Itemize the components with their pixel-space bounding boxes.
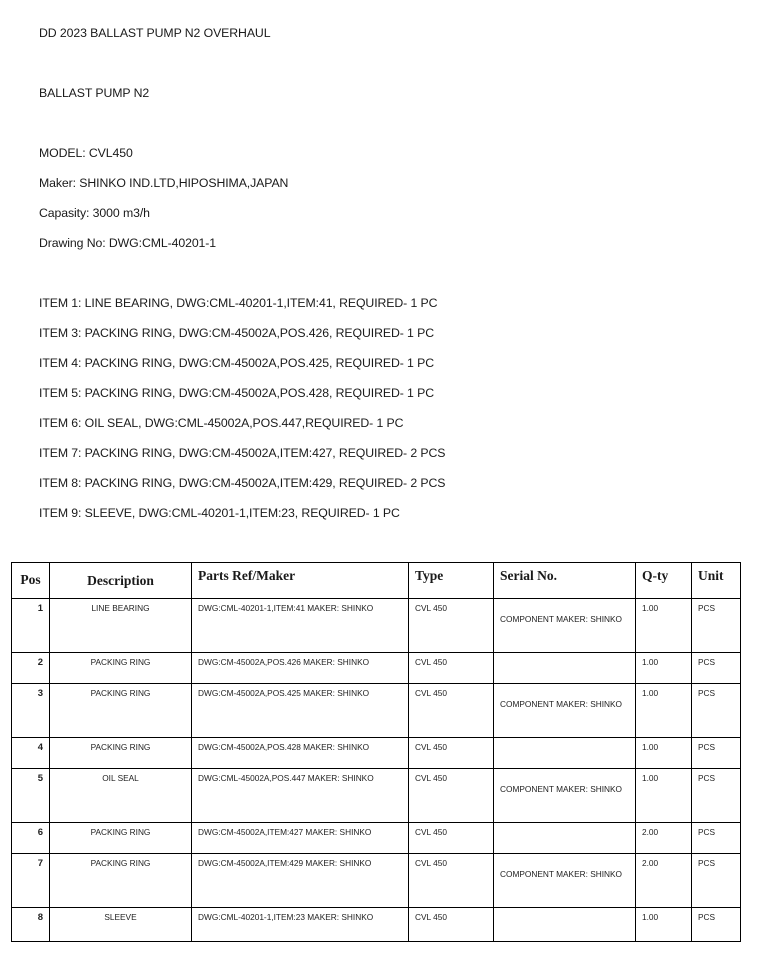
cell-qty: 1.00 [636,684,692,738]
table-row: 1LINE BEARINGDWG:CML-40201-1,ITEM:41 MAK… [12,599,741,653]
cell-unit: PCS [692,854,741,908]
cell-type: CVL 450 [409,599,494,653]
cell-description: PACKING RING [50,738,192,769]
cell-qty: 1.00 [636,738,692,769]
header-type: Type [409,563,494,599]
cell-pos: 2 [12,653,50,684]
cell-type: CVL 450 [409,908,494,942]
item-line: ITEM 5: PACKING RING, DWG:CM-45002A,POS.… [39,386,434,400]
table-header-row: Pos Description Parts Ref/Maker Type Ser… [12,563,741,599]
header-unit: Unit [692,563,741,599]
cell-unit: PCS [692,738,741,769]
cell-qty: 2.00 [636,854,692,908]
item-line: ITEM 6: OIL SEAL, DWG:CML-45002A,POS.447… [39,416,403,430]
item-line: ITEM 7: PACKING RING, DWG:CM-45002A,ITEM… [39,446,445,460]
cell-qty: 1.00 [636,769,692,823]
cell-unit: PCS [692,653,741,684]
table-row: 6PACKING RINGDWG:CM-45002A,ITEM:427 MAKE… [12,823,741,854]
cell-description: PACKING RING [50,823,192,854]
item-line: ITEM 8: PACKING RING, DWG:CM-45002A,ITEM… [39,476,445,490]
cell-pos: 3 [12,684,50,738]
cell-serial: COMPONENT MAKER: SHINKO [494,854,636,908]
cell-serial [494,823,636,854]
cell-pos: 4 [12,738,50,769]
cell-pos: 6 [12,823,50,854]
parts-table: Pos Description Parts Ref/Maker Type Ser… [11,562,741,942]
serial-text: COMPONENT MAKER: SHINKO [500,783,629,796]
header-parts-ref: Parts Ref/Maker [192,563,409,599]
item-line: ITEM 4: PACKING RING, DWG:CM-45002A,POS.… [39,356,434,370]
item-line: ITEM 9: SLEEVE, DWG:CML-40201-1,ITEM:23,… [39,506,400,520]
cell-parts-ref: DWG:CML-40201-1,ITEM:23 MAKER: SHINKO [192,908,409,942]
cell-type: CVL 450 [409,653,494,684]
cell-description: PACKING RING [50,854,192,908]
cell-type: CVL 450 [409,823,494,854]
cell-unit: PCS [692,684,741,738]
cell-parts-ref: DWG:CM-45002A,POS.428 MAKER: SHINKO [192,738,409,769]
cell-unit: PCS [692,769,741,823]
serial-text: COMPONENT MAKER: SHINKO [500,613,629,626]
cell-serial [494,738,636,769]
header-serial: Serial No. [494,563,636,599]
cell-description: LINE BEARING [50,599,192,653]
cell-parts-ref: DWG:CM-45002A,ITEM:429 MAKER: SHINKO [192,854,409,908]
drawing-line: Drawing No: DWG:CML-40201-1 [39,236,216,250]
serial-text: COMPONENT MAKER: SHINKO [500,868,629,881]
capacity-line: Capasity: 3000 m3/h [39,206,150,220]
cell-parts-ref: DWG:CM-45002A,POS.425 MAKER: SHINKO [192,684,409,738]
document-subtitle: BALLAST PUMP N2 [39,86,149,100]
cell-type: CVL 450 [409,738,494,769]
table-row: 8SLEEVEDWG:CML-40201-1,ITEM:23 MAKER: SH… [12,908,741,942]
table-row: 5OIL SEALDWG:CML-45002A,POS.447 MAKER: S… [12,769,741,823]
cell-description: PACKING RING [50,684,192,738]
cell-parts-ref: DWG:CML-45002A,POS.447 MAKER: SHINKO [192,769,409,823]
cell-unit: PCS [692,823,741,854]
document-title: DD 2023 BALLAST PUMP N2 OVERHAUL [39,26,270,40]
table-row: 7PACKING RINGDWG:CM-45002A,ITEM:429 MAKE… [12,854,741,908]
cell-description: OIL SEAL [50,769,192,823]
table-row: 3PACKING RINGDWG:CM-45002A,POS.425 MAKER… [12,684,741,738]
cell-type: CVL 450 [409,684,494,738]
model-line: MODEL: CVL450 [39,146,133,160]
table-row: 2PACKING RINGDWG:CM-45002A,POS.426 MAKER… [12,653,741,684]
cell-description: SLEEVE [50,908,192,942]
cell-serial: COMPONENT MAKER: SHINKO [494,599,636,653]
cell-qty: 1.00 [636,908,692,942]
cell-parts-ref: DWG:CM-45002A,POS.426 MAKER: SHINKO [192,653,409,684]
cell-serial [494,653,636,684]
cell-type: CVL 450 [409,769,494,823]
cell-pos: 1 [12,599,50,653]
cell-parts-ref: DWG:CML-40201-1,ITEM:41 MAKER: SHINKO [192,599,409,653]
serial-text: COMPONENT MAKER: SHINKO [500,698,629,711]
header-description: Description [50,563,192,599]
cell-parts-ref: DWG:CM-45002A,ITEM:427 MAKER: SHINKO [192,823,409,854]
cell-qty: 2.00 [636,823,692,854]
cell-serial: COMPONENT MAKER: SHINKO [494,684,636,738]
item-line: ITEM 1: LINE BEARING, DWG:CML-40201-1,IT… [39,296,437,310]
header-pos: Pos [12,563,50,599]
header-qty: Q-ty [636,563,692,599]
cell-qty: 1.00 [636,653,692,684]
table-row: 4PACKING RINGDWG:CM-45002A,POS.428 MAKER… [12,738,741,769]
cell-pos: 7 [12,854,50,908]
cell-description: PACKING RING [50,653,192,684]
maker-line: Maker: SHINKO IND.LTD,HIPOSHIMA,JAPAN [39,176,288,190]
cell-pos: 8 [12,908,50,942]
cell-pos: 5 [12,769,50,823]
cell-unit: PCS [692,908,741,942]
cell-type: CVL 450 [409,854,494,908]
cell-unit: PCS [692,599,741,653]
cell-qty: 1.00 [636,599,692,653]
cell-serial: COMPONENT MAKER: SHINKO [494,769,636,823]
cell-serial [494,908,636,942]
item-line: ITEM 3: PACKING RING, DWG:CM-45002A,POS.… [39,326,434,340]
